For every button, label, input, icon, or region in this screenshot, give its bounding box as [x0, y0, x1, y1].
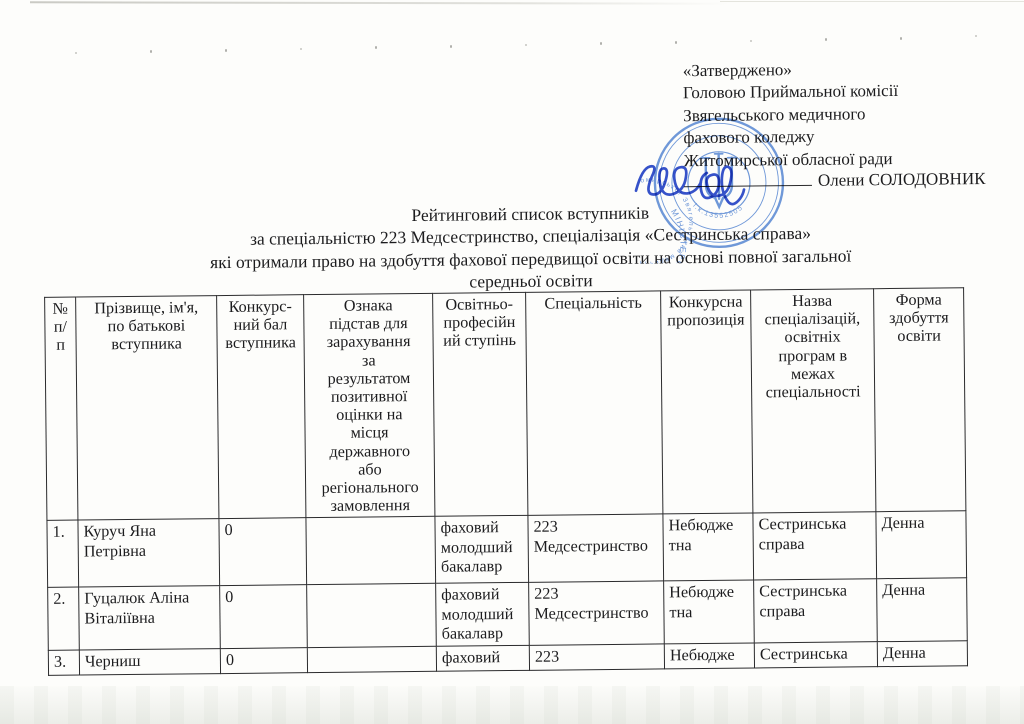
- table-row: 1. Куруч Яна Петрівна 0 фаховий молодший…: [47, 511, 967, 588]
- document-title: Рейтинговий список вступників за спеціал…: [18, 197, 1024, 297]
- cell-enrollment-basis: [307, 584, 437, 648]
- cell-specialty: 223 Медсестринство: [529, 581, 665, 645]
- cell-specialty: 223: [529, 644, 664, 670]
- col-header-proposal: Конкурсна пропозиція: [661, 290, 753, 514]
- cell-applicant-name: Черниш: [79, 649, 220, 675]
- col-header-score: Конкурс- ний бал вступника: [217, 295, 306, 519]
- cell-degree: фаховий: [436, 645, 529, 671]
- rating-table: № п/ п Прізвище, ім'я, по батькові вступ…: [44, 287, 968, 676]
- cell-row-number: 2.: [48, 587, 80, 650]
- cell-degree: фаховий молодший бакалавр: [436, 583, 530, 647]
- cell-score: 0: [220, 648, 307, 674]
- col-header-degree: Освітньо- професійн ий ступінь: [433, 292, 528, 516]
- cell-proposal: Небюдже тна: [664, 580, 755, 644]
- cell-enrollment-basis: [306, 517, 436, 585]
- cell-enrollment-basis: [307, 646, 436, 672]
- cell-score: 0: [220, 585, 308, 649]
- cell-applicant-name: Куруч Яна Петрівна: [78, 519, 220, 587]
- cell-specialization: Сестринська справа: [754, 579, 878, 643]
- col-header-enrollment-basis: Ознака підстав для зарахування за резуль…: [304, 293, 435, 518]
- col-header-specialization: Назва спеціалізацій, освітніх програм в …: [751, 289, 876, 514]
- cell-score: 0: [219, 518, 307, 586]
- col-header-number: № п/ п: [45, 297, 78, 521]
- table-header-row: № п/ п Прізвище, ім'я, по батькові вступ…: [45, 288, 966, 521]
- cell-study-form: Денна: [877, 578, 968, 642]
- cell-row-number: 3.: [48, 650, 79, 675]
- cell-proposal: Небюдже тна: [663, 513, 754, 581]
- cell-specialization: Сестринська справа: [753, 512, 877, 580]
- cell-applicant-name: Гуцалюк Аліна Віталіївна: [79, 586, 221, 650]
- cell-row-number: 1.: [47, 520, 79, 587]
- col-header-study-form: Форма здобуття освіти: [874, 288, 966, 512]
- cell-specialty: 223 Медсестринство: [528, 514, 664, 582]
- cell-degree: фаховий молодший бакалавр: [435, 516, 529, 584]
- col-header-applicant-name: Прізвище, ім'я, по батькові вступника: [76, 296, 219, 521]
- cell-proposal: Небюдже: [664, 643, 754, 669]
- table-row: 2. Гуцалюк Аліна Віталіївна 0 фаховий мо…: [48, 578, 968, 650]
- cell-study-form: Денна: [876, 511, 967, 579]
- col-header-specialty: Спеціальність: [526, 291, 663, 516]
- signatory-name: Олени СОЛОДОВНИК: [818, 169, 986, 190]
- approval-line: «Затверджено»: [683, 58, 898, 83]
- cell-study-form: Денна: [877, 641, 967, 667]
- scanned-document-sheet: «Затверджено» Головою Приймальної комісі…: [0, 0, 1024, 724]
- cell-specialization: Сестринська: [754, 642, 877, 668]
